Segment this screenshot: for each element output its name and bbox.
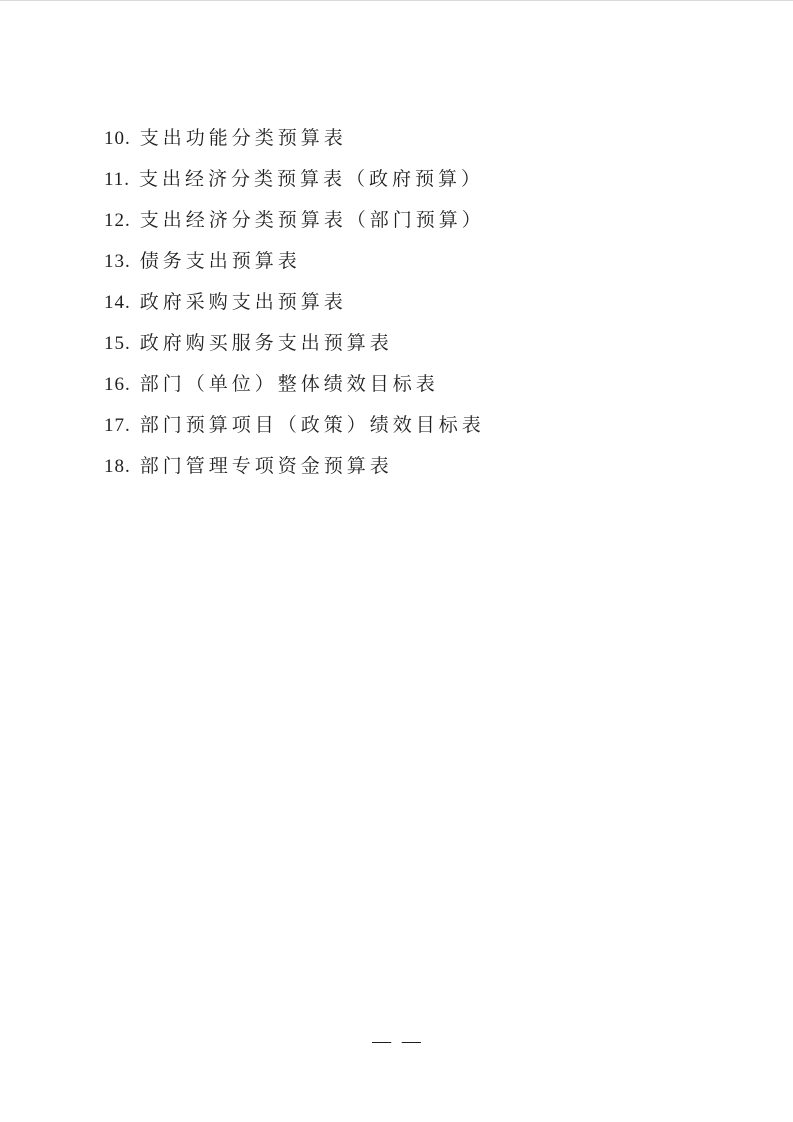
item-number: 14. [104,292,131,314]
list-item: 18. 部门管理专项资金预算表 [104,456,704,497]
item-number: 12. [104,210,131,232]
item-title: 政府购买服务支出预算表 [140,333,393,355]
item-title: 政府采购支出预算表 [140,292,347,314]
document-page: 10. 支出功能分类预算表 11. 支出经济分类预算表（政府预算） 12. 支出… [0,0,793,1122]
list-item: 15. 政府购买服务支出预算表 [104,333,704,374]
item-number: 16. [104,374,131,396]
item-title: 部门（单位）整体绩效目标表 [140,374,439,396]
item-number: 11. [104,169,130,191]
item-title: 部门预算项目（政策）绩效目标表 [140,415,485,437]
item-number: 13. [104,251,131,273]
list-item: 10. 支出功能分类预算表 [104,128,704,169]
item-title: 部门管理专项资金预算表 [140,456,393,478]
list-item: 16. 部门（单位）整体绩效目标表 [104,374,704,415]
item-number: 10. [104,128,131,150]
list-item: 12. 支出经济分类预算表（部门预算） [104,210,704,251]
item-number: 15. [104,333,131,355]
item-title: 支出经济分类预算表（部门预算） [140,210,485,232]
page-number-placeholder: — — [0,1031,793,1053]
item-number: 18. [104,456,131,478]
item-title: 债务支出预算表 [140,251,301,273]
item-title: 支出经济分类预算表（政府预算） [139,169,484,191]
list-item: 13. 债务支出预算表 [104,251,704,292]
list-item: 14. 政府采购支出预算表 [104,292,704,333]
numbered-list: 10. 支出功能分类预算表 11. 支出经济分类预算表（政府预算） 12. 支出… [104,128,704,497]
list-item: 17. 部门预算项目（政策）绩效目标表 [104,415,704,456]
item-title: 支出功能分类预算表 [140,128,347,150]
page-top-edge-line [0,0,793,1]
list-item: 11. 支出经济分类预算表（政府预算） [104,169,704,210]
item-number: 17. [104,415,131,437]
